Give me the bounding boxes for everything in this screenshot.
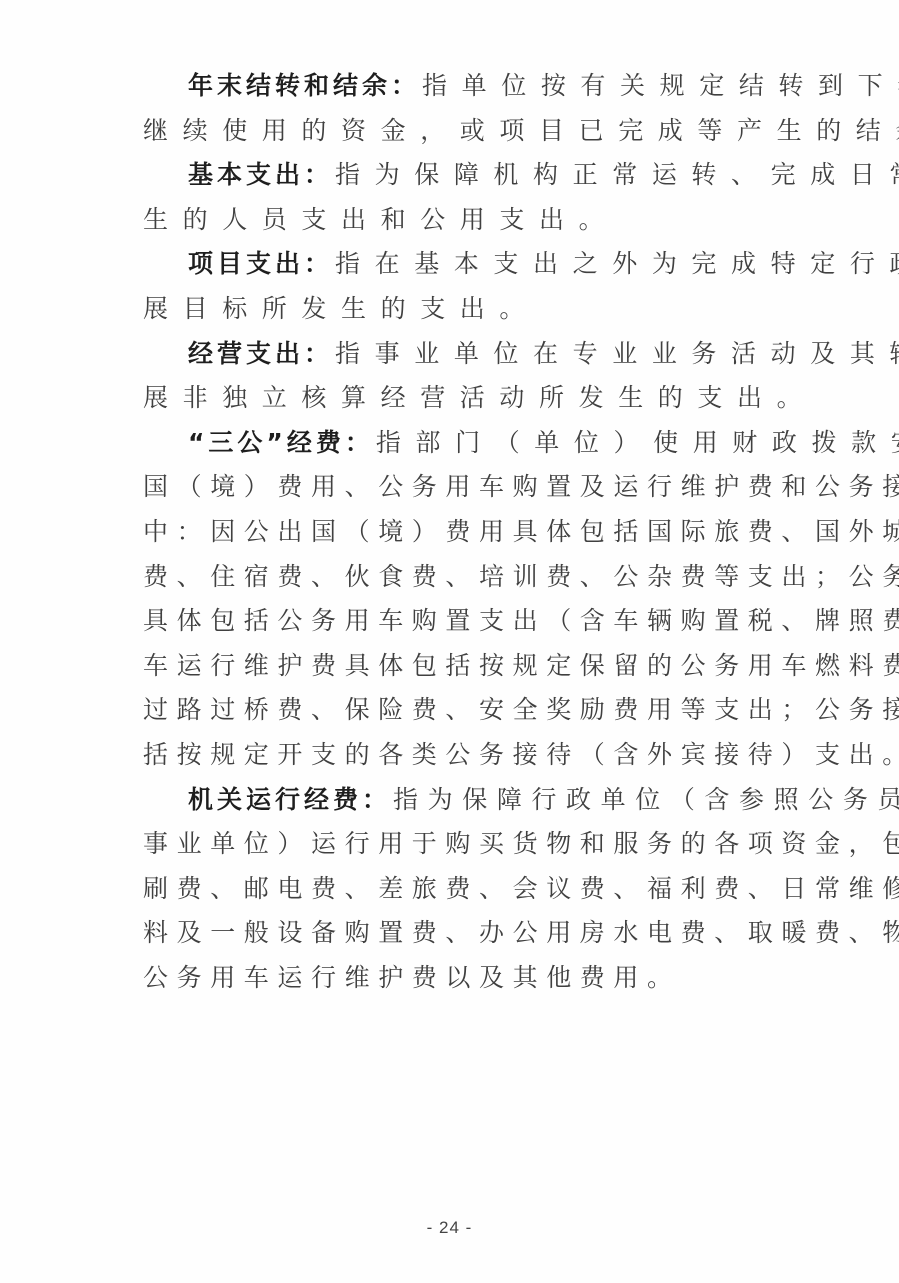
definition-term: 基本支出 bbox=[188, 160, 304, 189]
definition-term: “三公”经费 bbox=[188, 428, 345, 457]
definition-term: 经营支出 bbox=[188, 339, 304, 368]
paragraph-line: 括按规定开支的各类公务接待（含外宾接待）支出。 bbox=[143, 733, 783, 778]
term-colon: ： bbox=[391, 71, 422, 100]
paragraph-line: 事业单位）运行用于购买货物和服务的各项资金，包括办公及印 bbox=[143, 822, 783, 867]
paragraph-line: 刷费、邮电费、差旅费、会议费、福利费、日常维修费、专项材 bbox=[143, 867, 783, 912]
term-colon: ： bbox=[345, 428, 376, 457]
term-colon: ： bbox=[304, 160, 335, 189]
paragraph-line: 中：因公出国（境）费用具体包括国际旅费、国外城市间交通 bbox=[143, 510, 783, 555]
paragraph-line: 国（境）费用、公务用车购置及运行维护费和公务接待费。其 bbox=[143, 465, 783, 510]
document-page: 年末结转和结余：指单位按有关规定结转到下年或以后年度 继续使用的资金，或项目已完… bbox=[0, 0, 899, 1283]
paragraph-line: 继续使用的资金，或项目已完成等产生的结余资金。 bbox=[143, 109, 783, 154]
paragraph-line: 基本支出：指为保障机构正常运转、完成日常工作任务而发 bbox=[143, 153, 783, 198]
paragraph-line: 生的人员支出和公用支出。 bbox=[143, 198, 783, 243]
paragraph-line: 过路过桥费、保险费、安全奖励费用等支出；公务接待费具体包 bbox=[143, 688, 783, 733]
definition-term: 年末结转和结余 bbox=[188, 71, 391, 100]
term-colon: ： bbox=[362, 785, 393, 814]
definition-text: 指为保障机构正常运转、完成日常工作任务而发 bbox=[335, 160, 899, 189]
paragraph-line: 机关运行经费：指为保障行政单位（含参照公务员法管理的 bbox=[143, 778, 783, 823]
term-colon: ： bbox=[304, 249, 335, 278]
paragraph-line: 项目支出：指在基本支出之外为完成特定行政任务和事业发 bbox=[143, 242, 783, 287]
definition-text: 指事业单位在专业业务活动及其辅助活动之外开 bbox=[335, 339, 899, 368]
definition-basic-expenditure: 基本支出：指为保障机构正常运转、完成日常工作任务而发 生的人员支出和公用支出。 bbox=[143, 153, 783, 242]
paragraph-line: 车运行维护费具体包括按规定保留的公务用车燃料费、维修费、 bbox=[143, 644, 783, 689]
paragraph-line: 费、住宿费、伙食费、培训费、公杂费等支出；公务用车购置费 bbox=[143, 555, 783, 600]
paragraph-line: 展目标所发生的支出。 bbox=[143, 287, 783, 332]
paragraph-line: 展非独立核算经营活动所发生的支出。 bbox=[143, 376, 783, 421]
definition-term: 项目支出 bbox=[188, 249, 304, 278]
definition-carryover-balance: 年末结转和结余：指单位按有关规定结转到下年或以后年度 继续使用的资金，或项目已完… bbox=[143, 64, 783, 153]
definition-project-expenditure: 项目支出：指在基本支出之外为完成特定行政任务和事业发 展目标所发生的支出。 bbox=[143, 242, 783, 331]
paragraph-line: 公务用车运行维护费以及其他费用。 bbox=[143, 956, 783, 1001]
document-body: 年末结转和结余：指单位按有关规定结转到下年或以后年度 继续使用的资金，或项目已完… bbox=[143, 64, 783, 1000]
paragraph-line: 料及一般设备购置费、办公用房水电费、取暖费、物业管理费、 bbox=[143, 911, 783, 956]
definition-three-public-expenses: “三公”经费：指部门（单位）使用财政拨款安排的因公出 国（境）费用、公务用车购置… bbox=[143, 421, 783, 778]
definition-agency-operating-funds: 机关运行经费：指为保障行政单位（含参照公务员法管理的 事业单位）运行用于购买货物… bbox=[143, 778, 783, 1001]
paragraph-line: 年末结转和结余：指单位按有关规定结转到下年或以后年度 bbox=[143, 64, 783, 109]
paragraph-line: 经营支出：指事业单位在专业业务活动及其辅助活动之外开 bbox=[143, 332, 783, 377]
definition-text: 指部门（单位）使用财政拨款安排的因公出 bbox=[376, 428, 899, 457]
term-colon: ： bbox=[304, 339, 335, 368]
paragraph-line: 具体包括公务用车购置支出（含车辆购置税、牌照费），公务用 bbox=[143, 599, 783, 644]
definition-text: 指为保障行政单位（含参照公务员法管理的 bbox=[393, 785, 899, 814]
definition-text: 指在基本支出之外为完成特定行政任务和事业发 bbox=[335, 249, 899, 278]
page-number: - 24 - bbox=[0, 1218, 899, 1238]
definition-term: 机关运行经费 bbox=[188, 785, 362, 814]
paragraph-line: “三公”经费：指部门（单位）使用财政拨款安排的因公出 bbox=[143, 421, 783, 466]
definition-text: 指单位按有关规定结转到下年或以后年度 bbox=[422, 71, 899, 100]
definition-operating-expenditure: 经营支出：指事业单位在专业业务活动及其辅助活动之外开 展非独立核算经营活动所发生… bbox=[143, 332, 783, 421]
